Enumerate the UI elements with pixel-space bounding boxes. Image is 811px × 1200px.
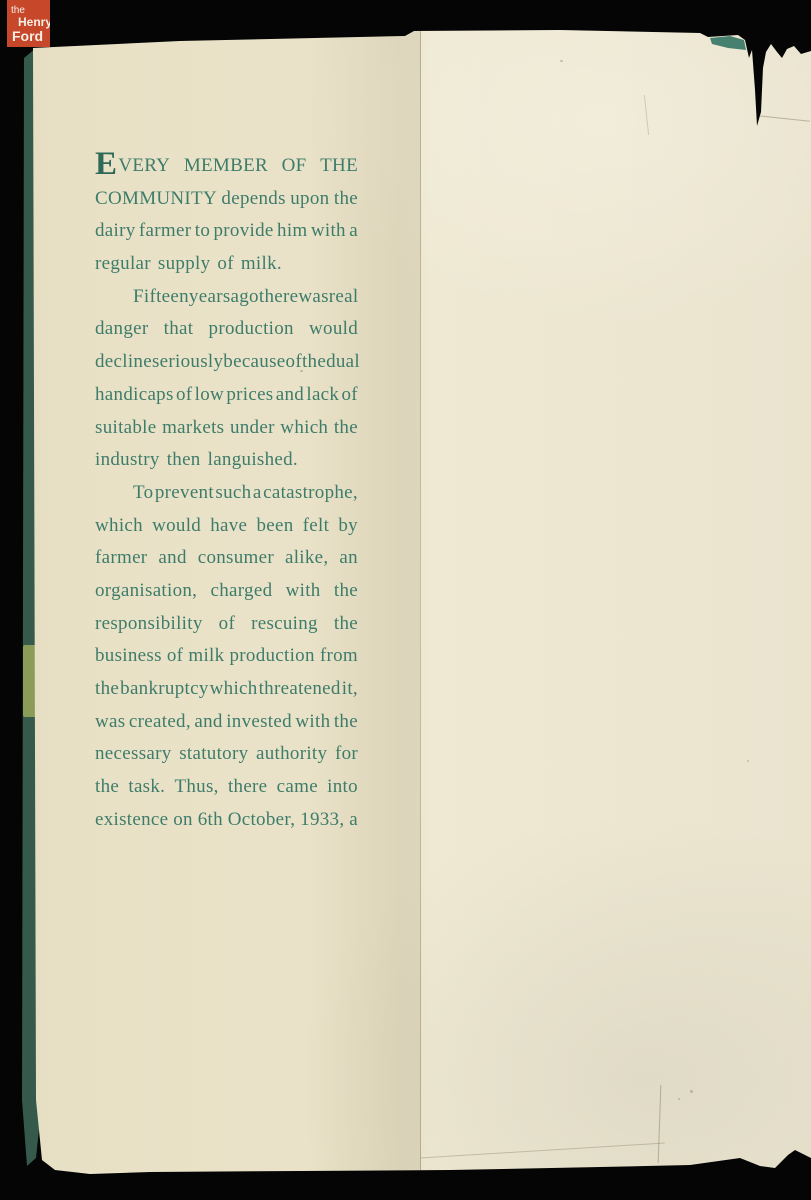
word: that	[164, 313, 194, 346]
word: suitable	[95, 412, 157, 445]
word: been	[256, 510, 293, 543]
word: October,	[228, 804, 296, 837]
text-line: dairyfarmertoprovidehimwitha	[95, 215, 358, 248]
text-line: industrythenlanguished.	[95, 444, 358, 477]
continued-note: (Continued on back flap)	[0, 9, 811, 30]
word: on	[173, 804, 193, 837]
word: which	[95, 510, 143, 543]
word: necessary	[95, 738, 172, 771]
word: rescuing	[251, 608, 318, 641]
word: of	[167, 640, 183, 673]
word: statutory	[179, 738, 248, 771]
text-line: farmerandconsumeralike,an	[95, 542, 358, 575]
word: by	[338, 510, 358, 543]
word: for	[335, 738, 358, 771]
word: years	[189, 281, 231, 314]
paper-speck	[747, 760, 749, 762]
text-line: regularsupplyofmilk.	[95, 248, 358, 281]
word: the	[334, 706, 358, 739]
word: the	[95, 673, 119, 706]
word: a	[349, 215, 358, 248]
word: 6th	[198, 804, 223, 837]
word: the	[334, 412, 358, 445]
flap-text-block: EVERYMEMBEROFTHECOMMUNITYdependsuponthed…	[95, 150, 358, 836]
word: business	[95, 640, 162, 673]
text-line: dangerthatproductionwould	[95, 313, 358, 346]
word: production	[229, 640, 314, 673]
text-line: businessofmilkproductionfrom	[95, 640, 358, 673]
word: seriously	[152, 346, 223, 379]
text-line: organisation,chargedwiththe	[95, 575, 358, 608]
word: and	[276, 379, 304, 412]
text-line: handicapsoflowpricesandlackof	[95, 379, 358, 412]
word: was	[298, 281, 328, 314]
word: with	[311, 215, 346, 248]
text-line: existenceon6thOctober,1933,a	[95, 804, 358, 837]
paper-crease-near-tear	[644, 95, 649, 135]
word: and	[194, 706, 222, 739]
word: milk.	[241, 248, 282, 281]
word: threatened	[259, 673, 341, 706]
paper-speck	[690, 1090, 693, 1093]
word: real	[329, 281, 359, 314]
word: bankruptcy	[120, 673, 208, 706]
word: the	[334, 183, 358, 216]
word: danger	[95, 313, 149, 346]
word: the	[95, 771, 119, 804]
word: farmer	[139, 215, 191, 248]
word: production	[209, 313, 294, 346]
henry-ford-watermark-logo: the Henry Ford	[7, 0, 50, 47]
word: an	[339, 542, 358, 575]
word: would	[152, 510, 201, 543]
text-line: COMMUNITYdependsuponthe	[95, 183, 358, 216]
text-line: declineseriouslybecauseofthedual	[95, 346, 358, 379]
scanned-book-jacket-page: EVERYMEMBEROFTHECOMMUNITYdependsuponthed…	[0, 0, 811, 1200]
word: because	[223, 346, 285, 379]
word: Thus,	[174, 771, 218, 804]
paper-crease-bottom	[420, 1143, 665, 1159]
word: OF	[282, 150, 307, 183]
word: the	[334, 575, 358, 608]
word: alike,	[285, 542, 328, 575]
word: to	[195, 215, 210, 248]
word: with	[286, 575, 321, 608]
word: charged	[210, 575, 272, 608]
word: decline	[95, 346, 152, 379]
word: consumer	[198, 542, 274, 575]
word: of	[217, 248, 233, 281]
word: the	[334, 608, 358, 641]
word: supply	[158, 248, 210, 281]
word: To	[133, 477, 153, 510]
word: existence	[95, 804, 168, 837]
text-line: EVERYMEMBEROFTHE	[95, 150, 358, 183]
word: created,	[129, 706, 191, 739]
word: such	[215, 477, 251, 510]
text-line: thetask.Thus,therecameinto	[95, 771, 358, 804]
jacket-fold-line	[420, 30, 421, 1170]
word: the	[302, 346, 326, 379]
paper-speck	[560, 60, 563, 62]
word: a	[253, 477, 262, 510]
word: him	[277, 215, 307, 248]
text-line: wascreated,andinvestedwiththe	[95, 706, 358, 739]
word: languished.	[208, 444, 298, 477]
word: which	[280, 412, 328, 445]
text-line: responsibilityofrescuingthe	[95, 608, 358, 641]
word: which	[210, 673, 258, 706]
paper-crack-bottom-right	[658, 1085, 662, 1163]
word: industry	[95, 444, 160, 477]
word: THE	[320, 150, 358, 183]
text-line: Fifteenyearsagotherewasreal	[95, 281, 358, 314]
word: from	[320, 640, 358, 673]
logo-word-henry: Henry	[18, 16, 50, 28]
text-line: suitablemarketsunderwhichthe	[95, 412, 358, 445]
text-line: thebankruptcywhichthreatenedit,	[95, 673, 358, 706]
word: MEMBER	[184, 150, 268, 183]
word: invested	[226, 706, 292, 739]
word: felt	[303, 510, 330, 543]
word: low	[195, 379, 224, 412]
word: markets	[162, 412, 224, 445]
word: Fifteen	[133, 281, 189, 314]
word: farmer	[95, 542, 147, 575]
word: there	[228, 771, 267, 804]
word: then	[167, 444, 201, 477]
word: organisation,	[95, 575, 197, 608]
word: a	[349, 804, 358, 837]
word: of	[286, 346, 302, 379]
word: dairy	[95, 215, 136, 248]
word: COMMUNITY	[95, 183, 217, 216]
word: authority	[256, 738, 327, 771]
word: ago	[231, 281, 259, 314]
drop-cap: E	[95, 146, 117, 182]
word: dual	[326, 346, 360, 379]
word: depends	[221, 183, 285, 216]
word: of	[342, 379, 358, 412]
word: 1933,	[300, 804, 344, 837]
jacket-flap-paper: EVERYMEMBEROFTHECOMMUNITYdependsuponthed…	[0, 0, 811, 1200]
word: milk	[188, 640, 224, 673]
word: of	[219, 608, 235, 641]
text-line: necessarystatutoryauthorityfor	[95, 738, 358, 771]
word: it,	[342, 673, 358, 706]
logo-word-ford: Ford	[12, 29, 43, 43]
word: and	[158, 542, 186, 575]
word: task.	[128, 771, 165, 804]
word: have	[210, 510, 247, 543]
word: was	[95, 706, 125, 739]
word: prices	[226, 379, 273, 412]
word: regular	[95, 248, 151, 281]
word: upon	[290, 183, 329, 216]
word: provide	[214, 215, 274, 248]
paper-crease-top-right	[758, 115, 810, 121]
word: with	[295, 706, 330, 739]
word: handicaps	[95, 379, 174, 412]
word: catastrophe,	[263, 477, 358, 510]
paper-speck	[678, 1098, 680, 1100]
word: into	[327, 771, 358, 804]
word: of	[176, 379, 192, 412]
word: came	[277, 771, 318, 804]
text-line: whichwouldhavebeenfeltby	[95, 510, 358, 543]
word: prevent	[155, 477, 214, 510]
text-line: Topreventsuchacatastrophe,	[95, 477, 358, 510]
word: EVERY	[95, 150, 170, 183]
word: would	[309, 313, 358, 346]
word: under	[230, 412, 275, 445]
word: responsibility	[95, 608, 203, 641]
word: there	[259, 281, 298, 314]
word: lack	[306, 379, 339, 412]
